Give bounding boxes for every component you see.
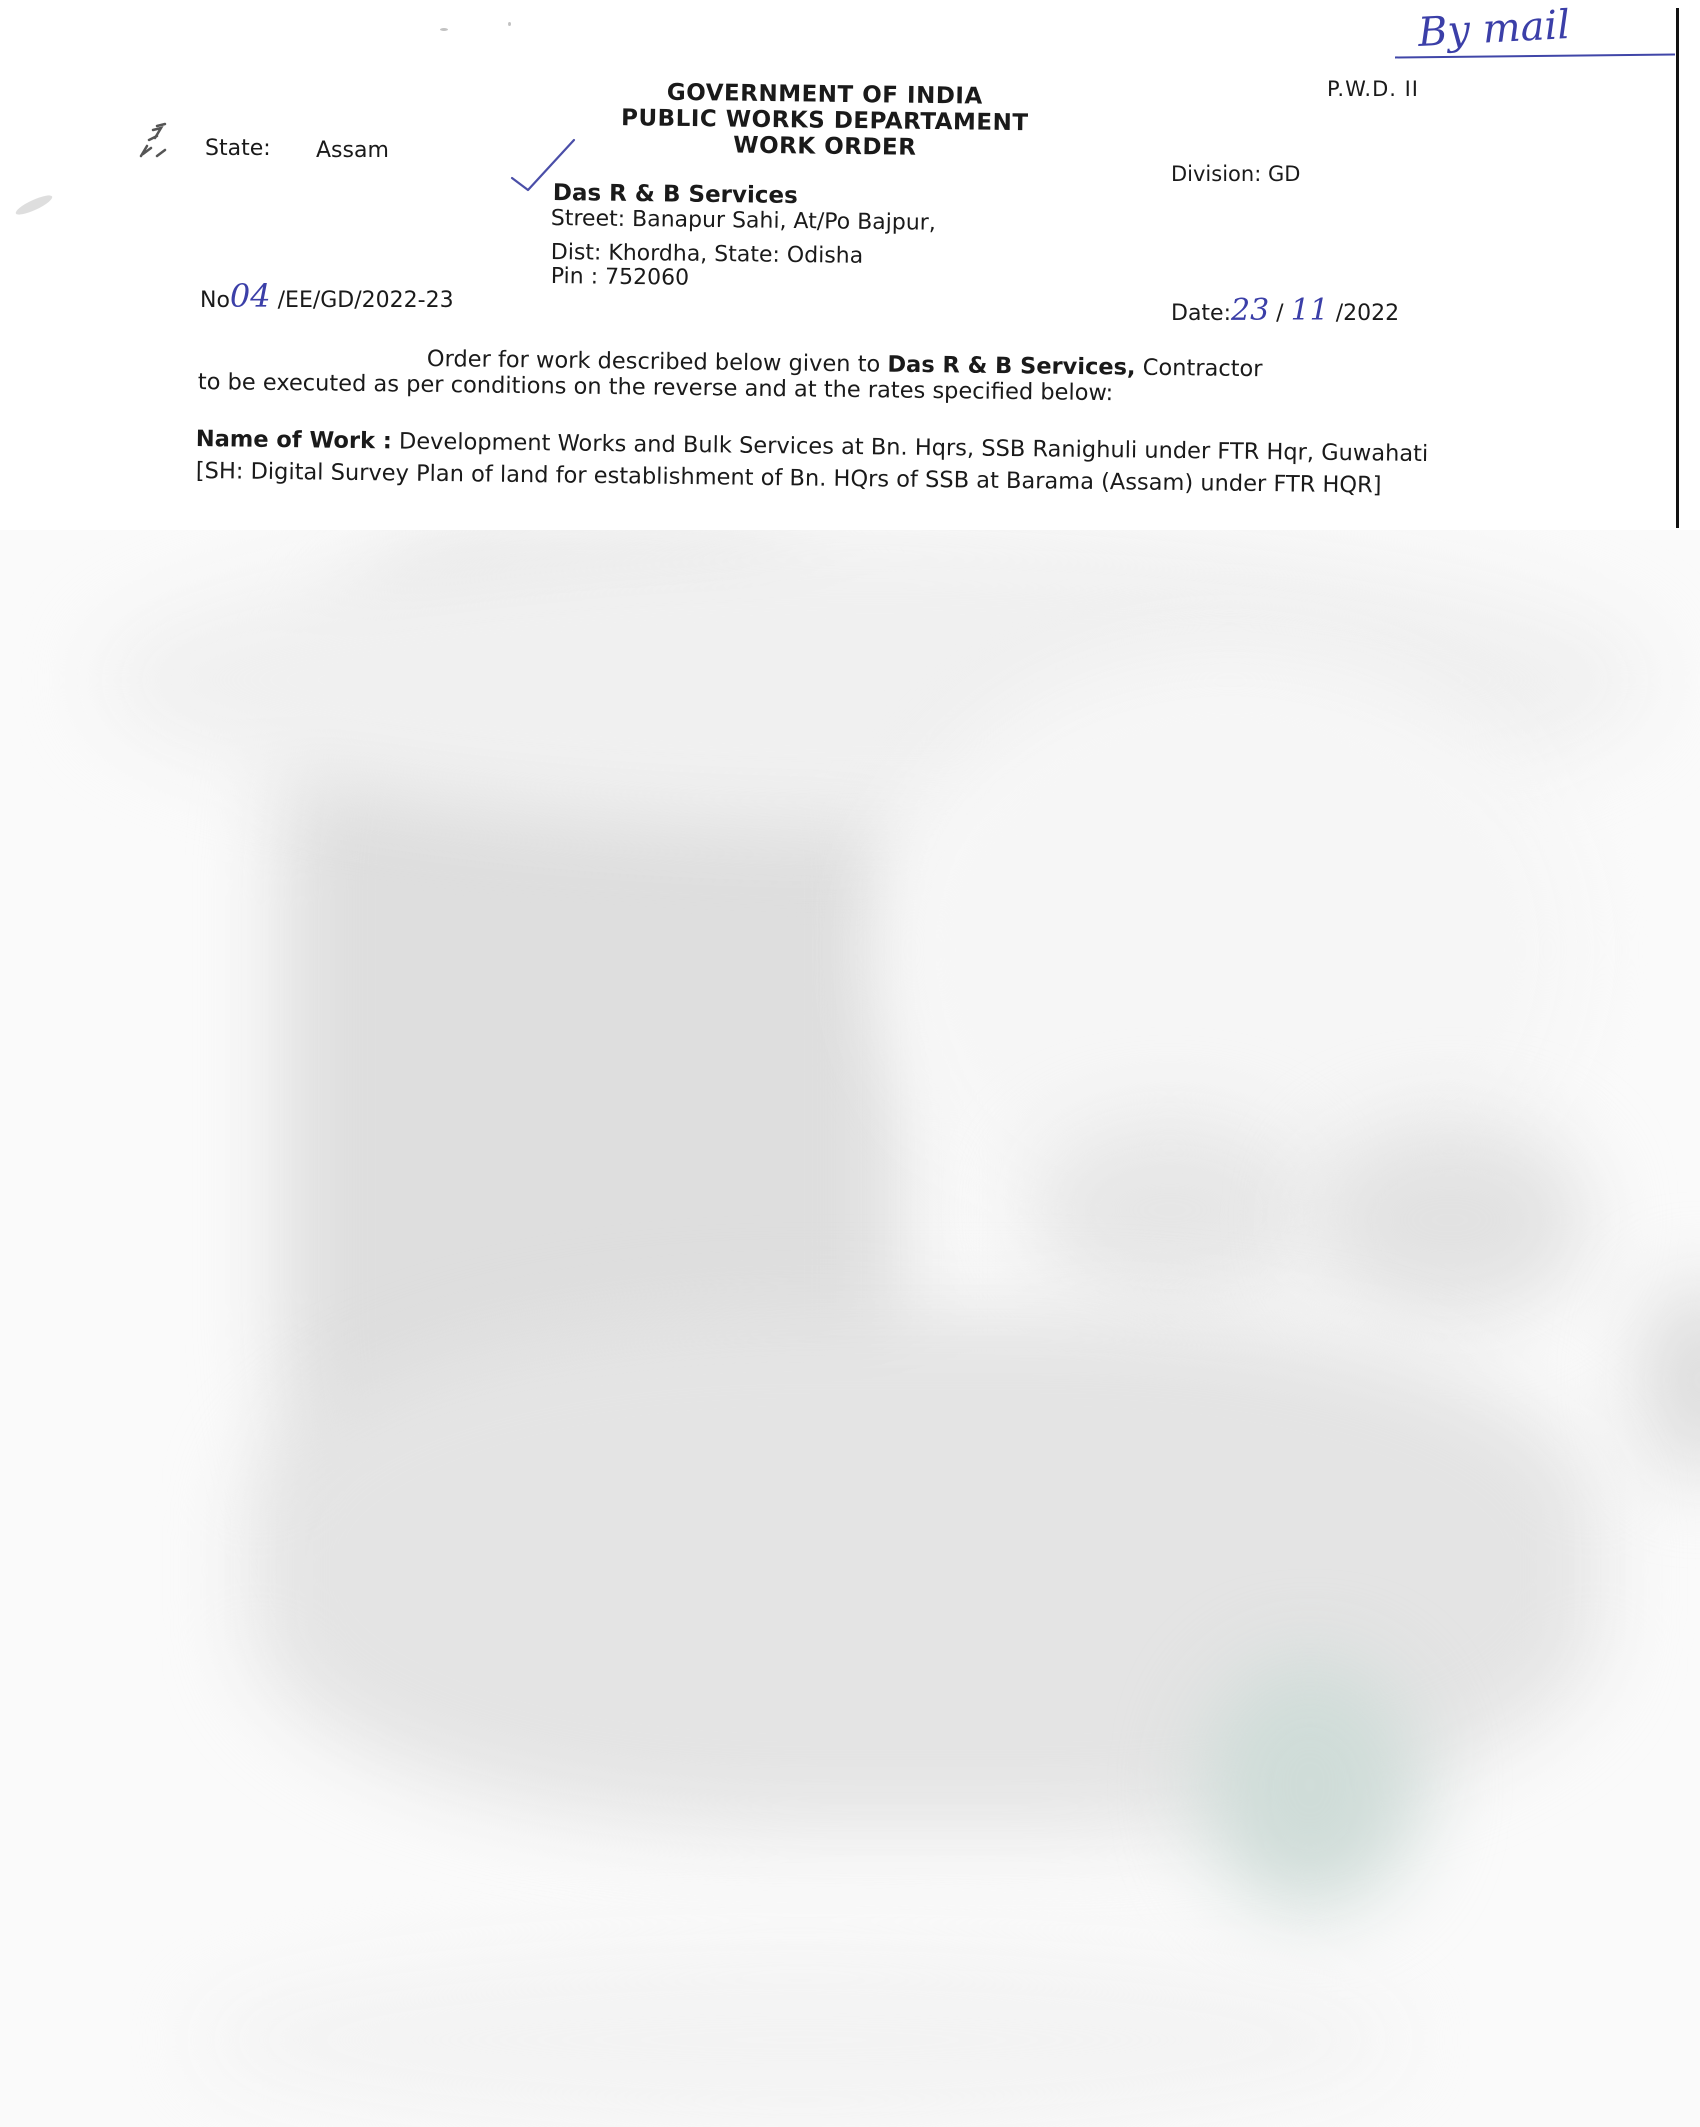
contractor-name: Das R & B Services bbox=[553, 180, 798, 209]
state-value: Assam bbox=[316, 138, 389, 163]
scan-speck bbox=[508, 22, 511, 26]
blurred-content-region bbox=[0, 530, 1700, 2127]
date-month-handwritten: 11 bbox=[1291, 293, 1329, 328]
margin-rule-line bbox=[1676, 8, 1679, 528]
contractor-pin: Pin : 752060 bbox=[551, 264, 690, 291]
date-day-handwritten: 23 bbox=[1231, 293, 1269, 328]
date-separator: / bbox=[1269, 301, 1290, 326]
form-code: P.W.D. II bbox=[1327, 77, 1419, 101]
order-text-suffix: Contractor bbox=[1135, 355, 1262, 383]
order-number: No04 /EE/GD/2022-23 bbox=[200, 277, 454, 315]
contractor-street: Street: Banapur Sahi, At/Po Bajpur, bbox=[551, 206, 936, 236]
scan-smudge bbox=[14, 192, 54, 218]
order-contractor-name: Das R & B Services, bbox=[887, 352, 1135, 381]
handwritten-by-mail-note: By mail bbox=[1417, 2, 1571, 56]
name-of-work-label: Name of Work : bbox=[196, 426, 392, 454]
name-of-work-text: Development Works and Bulk Services at B… bbox=[392, 428, 1429, 467]
date-label: Date: bbox=[1171, 301, 1231, 326]
scan-speck bbox=[440, 28, 448, 31]
order-date: Date:23 / 11 /2022 bbox=[1171, 293, 1399, 328]
scribble-mark-icon bbox=[135, 122, 175, 160]
order-number-prefix: No bbox=[200, 288, 230, 313]
date-year: /2022 bbox=[1329, 301, 1399, 326]
order-number-suffix: /EE/GD/2022-23 bbox=[271, 288, 454, 313]
division-field: Division: GD bbox=[1171, 162, 1300, 186]
order-number-handwritten: 04 bbox=[230, 277, 271, 315]
state-label: State: bbox=[205, 136, 271, 161]
